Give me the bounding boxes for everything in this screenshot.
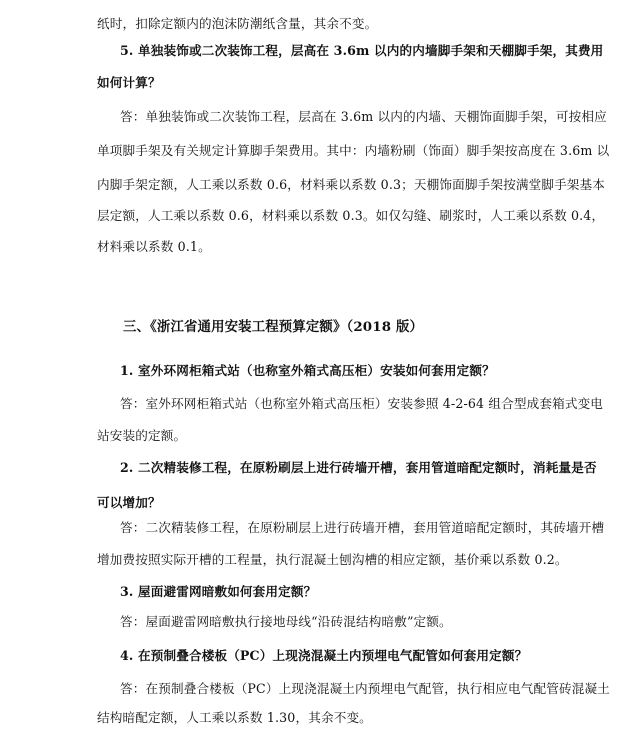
answer-5-line-3: 内脚手架定额，人工乘以系数 0.6，材料乘以系数 0.3；天棚饰面脚手架按满堂脚… <box>97 177 605 193</box>
answer-4-line-1: 答：在预制叠合楼板（PC）上现浇混凝土内预埋电气配管，执行相应电气配管砖混凝土 <box>120 681 610 697</box>
question-4: 4. 在预制叠合楼板（PC）上现浇混凝土内预埋电气配管如何套用定额？ <box>120 648 527 664</box>
question-3: 3. 屋面避雷网暗敷如何套用定额？ <box>120 584 316 600</box>
question-5-line-1: 5. 单独装饰或二次装饰工程，层高在 3.6m 以内的内墙脚手架和天棚脚手架，其… <box>120 43 603 59</box>
answer-5-line-5: 材料乘以系数 0.1。 <box>97 239 211 255</box>
answer-4-line-2: 结构暗配定额，人工乘以系数 1.30，其余不变。 <box>97 710 372 726</box>
answer-5-line-1: 答：单独装饰或二次装饰工程，层高在 3.6m 以内的内墙、天棚饰面脚手架，可按相… <box>120 109 607 125</box>
section-heading: 三、《浙江省通用安装工程预算定额》（2018 版） <box>123 319 423 335</box>
question-2-line-1: 2. 二次精装修工程，在原粉刷层上进行砖墙开槽，套用管道暗配定额时，消耗量是否 <box>120 460 597 476</box>
document-page: 纸时，扣除定额内的泡沫防潮纸含量，其余不变。 5. 单独装饰或二次装饰工程，层高… <box>0 0 629 743</box>
answer-1-line-1: 答：室外环网柜箱式站（也称室外箱式高压柜）安装参照 4-2-64 组合型成套箱式… <box>120 396 603 412</box>
answer-5-line-4: 层定额，人工乘以系数 0.6，材料乘以系数 0.3。如仅勾缝、刷浆时，人工乘以系… <box>97 208 604 224</box>
answer-5-line-2: 单项脚手架及有关规定计算脚手架费用。其中：内墙粉刷（饰面）脚手架按高度在 3.6… <box>97 143 609 159</box>
paragraph-continued: 纸时，扣除定额内的泡沫防潮纸含量，其余不变。 <box>97 16 377 32</box>
answer-2-line-1: 答：二次精装修工程，在原粉刷层上进行砖墙开槽，套用管道暗配定额时，其砖墙开槽 <box>120 520 604 536</box>
question-2-line-2: 可以增加？ <box>97 495 161 511</box>
answer-3: 答：屋面避雷网暗敷执行接地母线“沿砖混结构暗敷”定额。 <box>120 614 452 630</box>
question-1: 1. 室外环网柜箱式站（也称室外箱式高压柜）安装如何套用定额？ <box>120 363 495 379</box>
question-5-line-2: 如何计算？ <box>97 75 161 91</box>
answer-2-line-2: 增加费按照实际开槽的工程量，执行混凝土刨沟槽的相应定额，基价乘以系数 0.2。 <box>97 552 568 568</box>
answer-1-line-2: 站安装的定额。 <box>97 428 186 444</box>
